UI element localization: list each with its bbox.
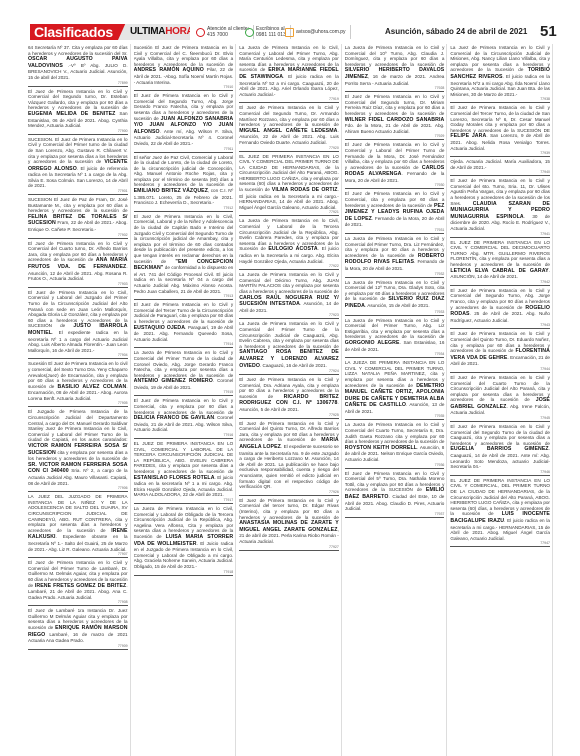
notice-code: 77908 [28, 600, 128, 604]
notice-code: 77910 [134, 85, 234, 89]
page-number: 51 [540, 23, 557, 40]
legal-notice: Ojeda. Actuaria Judicial. María Auxiliad… [450, 158, 550, 176]
notices-columns: 64 Secretaría Nº 37. Cita y emplaza por … [28, 44, 553, 756]
notice-code: 77907 [28, 552, 128, 556]
legal-notice: La Jueza de Primera Instancia en lo Civi… [239, 271, 339, 319]
notice-text: El Juez de Primera Instancia en lo Civil… [28, 89, 128, 111]
legal-notice: El Juez de Primera Instancia en lo Civil… [239, 420, 339, 496]
legal-notice: El Juez de Primera Instancia en lo Civil… [28, 88, 128, 135]
deceased-name: ANASTASIA MOLINAS DE ZARATE Y MIGUEL ANG… [239, 520, 339, 533]
notice-code: 77924 [239, 369, 339, 373]
notice-code: 77909 [28, 644, 128, 648]
notice-code: 77900 [28, 129, 128, 133]
notice-text: 64 Secretaría Nº 37. Cita y emplaza por … [28, 45, 128, 56]
legal-notice: 64 Secretaría Nº 37. Cita y emplaza por … [28, 44, 128, 87]
notice-code: 77915 [134, 390, 234, 394]
legal-notice: El Juzgado de Primera Instancia de la Ci… [28, 408, 128, 492]
deceased-name: ANDRES RAMÓN AQUINO [134, 67, 204, 73]
legal-notice: El Juez de Primera Instancia en lo Civil… [450, 374, 550, 422]
notice-code: 77936 [345, 463, 445, 467]
notice-code: 77925 [239, 413, 339, 417]
legal-notice: El Juez de Primera Instancia en lo Civil… [345, 93, 445, 140]
legal-notice: Sucesión El Juez de Primera Instancia en… [28, 360, 128, 407]
legal-notice: El Juez de Primera Instancia en lo Civil… [450, 287, 550, 330]
deceased-name: IRENE FRETES GOMEZ DE BRITEZ [35, 583, 127, 589]
legal-notice: El Juez de Primera Instancia en lo Civil… [450, 423, 550, 476]
notice-text: . Asunción, 15 de Abril de 2021. [365, 303, 430, 308]
notice-code: 77931 [345, 228, 445, 232]
notice-column-2: Sucesión El Juez de Primera Instancia en… [134, 44, 237, 756]
notice-text: La Jueza de Primera Instancia en lo Civi… [239, 321, 339, 348]
notice-text: El Juez de Primera Instancia en lo Civil… [345, 191, 445, 207]
deceased-name: BASILIO ALVEZ COLMAN [58, 384, 127, 390]
contact-phone-number: 415 7000 [207, 32, 228, 38]
notice-text: La Jueza de Primera Instancia en lo Civi… [134, 350, 234, 377]
notice-text: EL JUEZ DE PRIMERA INSTANCIA EN LO CIVIL… [134, 441, 234, 474]
notice-code: 77904 [28, 353, 128, 357]
legal-notice: La Jueza de Primera Instancia en lo Civi… [345, 317, 445, 359]
legal-notice: La Jueza de Primera Instancia en lo Civi… [345, 421, 445, 468]
legal-notice: La Jueza de Primera Instancia en lo Civi… [239, 44, 339, 103]
notice-text: Fdo. de la Mora, 21 de Abril de 2021. Ab… [345, 123, 445, 134]
deceased-name: ESTANISLAO FLORES ROTELA [134, 475, 215, 481]
notice-code: 77916 [134, 433, 234, 437]
logo-ultima: ULTIMA [130, 26, 165, 37]
legal-notice: El Juez de Primera Instancia en lo Civil… [134, 301, 234, 348]
logo-hora: HORA [165, 26, 193, 37]
dateline: Asunción, sábado 24 de abril de 2021 [385, 27, 527, 36]
notice-code: 77942 [450, 280, 550, 284]
legal-notice: El Juez de Primera Instancia en lo Civil… [28, 559, 128, 606]
notice-code: 77933 [345, 310, 445, 314]
notice-text: La Jueza de Primera Instancia en lo Civi… [239, 272, 339, 294]
notice-text: El Juez de Primera Instancia en lo Civil… [134, 302, 234, 324]
notice-text: El Juez de Primera Instancia en lo Civil… [345, 94, 445, 116]
newspaper-logo: ULTIMAHORA [118, 24, 190, 40]
notice-code: 77941 [450, 232, 550, 236]
notice-code: 77927 [239, 545, 339, 549]
deceased-name: EUGELIA BARRIOS GIMENEZ [450, 446, 548, 452]
legal-notice: EL JUEZ DE PRIMERA INSTANCIA EN LO CIVIL… [450, 477, 550, 548]
notice-text: . Caaguazú, 16 de Abril de 2021. [260, 363, 327, 368]
notice-text: El Juzgado de Primera Instancia de la Ci… [28, 409, 128, 442]
legal-notice: EL JUEZ DE PRIMERA INSTANCIA EN LO CIVIL… [239, 153, 339, 217]
deceased-name: DELICIA FRANCO DE GAVILAN [134, 415, 215, 421]
legal-notice: El Juez de Primera Instancia en lo Civil… [450, 330, 550, 373]
notice-code: 77922 [239, 264, 339, 268]
whatsapp-icon [245, 28, 254, 37]
notice-code: 77944 [450, 367, 550, 371]
notice-text: El Juez de Primera Instancia en lo Civil… [450, 105, 550, 132]
notice-code: 77920 [239, 146, 339, 150]
legal-notice: La Jueza de Primera Instancia en lo Civi… [134, 349, 234, 396]
notice-code: 77928 [345, 86, 445, 90]
deceased-name: EULOGIO ACOSTA [268, 246, 317, 252]
legal-notice: EL JUEZ DE PRIMERA INSTANCIA EN LO CIVIL… [134, 440, 234, 504]
deceased-name: EUSTAQUIO OJEDA [134, 325, 186, 331]
legal-notice: La Jueza de Primera Instancia en lo Civi… [239, 217, 339, 270]
legal-notice: El Juez de Lambaré 1ra Instancia Dr. Jue… [28, 607, 128, 650]
notice-code: 77947 [450, 541, 550, 545]
contact-email: avisos@uhora.com.py [285, 25, 351, 39]
legal-notice: El Juez de Primera Instancia en lo Civil… [450, 177, 550, 237]
notice-column-5: La Juez de Primera Instancia en lo Civil… [450, 44, 553, 756]
envelope-icon [285, 28, 294, 37]
legal-notice: El Juez de Primera Instancia en lo Civil… [28, 289, 128, 360]
notice-code: 77930 [345, 183, 445, 187]
notice-text: La Jueza de Primera Instancia en lo Civi… [345, 45, 445, 67]
notice-code: 77945 [450, 416, 550, 420]
deceased-name: MIGUEL ANGEL CAÑETE LEDESMA [239, 128, 337, 134]
notice-code: 77899 [28, 81, 128, 85]
notice-text: EL JUEZ DE PRIMERA INSTANCIA EN LO CIVIL… [450, 240, 550, 267]
phone-icon [196, 28, 205, 37]
notice-text: El señor Juez de Paz Civil, Comercial y … [134, 155, 234, 188]
notice-text: La Jueza de Primera Instancia en lo Civi… [345, 422, 445, 444]
legal-notice: SUCESION El Juez de Paz de Fram, Dr. Jos… [28, 196, 128, 239]
legal-notice: Sucesión El Juez de Primera Instancia en… [134, 44, 234, 91]
notice-text: El Juez de Primera Instancia en lo Civil… [134, 214, 234, 264]
deceased-name: ROYSTON KEITH DORRELL [345, 445, 417, 451]
legal-notice: La Jueza de Primera Instancia en lo Civi… [239, 320, 339, 375]
notice-code: 77946 [450, 470, 550, 474]
notice-code: 77914 [134, 342, 234, 346]
notice-code: 77901 [28, 189, 128, 193]
notice-text: El Juez de Primera Instancia en lo Civil… [450, 424, 550, 446]
legal-notice: El Juez de Primera Instancia en lo Civil… [239, 376, 339, 419]
notice-text: Sucesión El Juez de Primera Instancia en… [134, 45, 234, 67]
legal-notice: El Juez de Primera Instancia en lo Civil… [450, 104, 550, 157]
legal-notice: SUCESION. El Juez de Primera Instancia e… [28, 136, 128, 195]
notice-code: 77943 [450, 323, 550, 327]
legal-notice: El señor Juez de Paz Civil, Comercial y … [134, 154, 234, 212]
notice-column-1: 64 Secretaría Nº 37. Cita y emplaza por … [28, 44, 131, 756]
deceased-name: WILNER FIDEL CARDOZO SANABRIA [345, 117, 445, 123]
notice-code: 77940 [450, 170, 550, 174]
legal-notice: La Jueza de Primera Instancia en lo Civi… [345, 279, 445, 316]
deceased-name: FELIPE JARA [450, 133, 486, 139]
section-title: Clasificados [30, 24, 130, 40]
notice-code: 77913 [134, 294, 234, 298]
notice-code: 77918 [134, 570, 234, 574]
notice-text: SUCESION El Juez de Paz de Fram, Dr. Jos… [28, 197, 128, 213]
notice-code: 77932 [345, 272, 445, 276]
legal-notice: El Juez de Primera Instancia en lo Civil… [28, 240, 128, 288]
notice-code: 77911 [134, 147, 234, 151]
notice-text: Ojeda. Actuaria Judicial. María Auxiliad… [450, 159, 550, 170]
legal-notice: LA JUEZA DE PRIMERA INSTANCIA EN LO CIVI… [345, 359, 445, 420]
deceased-name: EUGENIA MELIDA DE BENITEZ [28, 111, 115, 117]
notice-code: 77905 [28, 401, 128, 405]
deceased-name: EMILIANO BRITEZ VÁZQUEZ [134, 188, 208, 194]
notice-code: 77937 [345, 512, 445, 516]
contact-whatsapp-number: 0981 111 013 [256, 32, 286, 38]
legal-notice: El Juez de Primera Instancia en lo Civil… [239, 497, 339, 551]
legal-notice: El Juez de Primera Instancia en lo Civil… [134, 397, 234, 439]
notice-code: 77938 [450, 97, 550, 101]
deceased-name: VILMA RODAS DE ORTIZ [272, 187, 338, 193]
notice-text: El Juez de Primera Instancia en lo Civil… [239, 105, 339, 127]
notice-code: 77921 [239, 210, 339, 214]
legal-notice: La Jueza de Primera Instancia en lo Civi… [345, 44, 445, 92]
legal-notice: La Juez de Primera Instancia en lo Civil… [450, 44, 550, 103]
legal-notice: La Jueza de Primera Instancia en lo Civi… [134, 505, 234, 576]
notice-code: 77929 [345, 134, 445, 138]
deceased-name: ANTEMIO GIMENEZ ROMERO [134, 378, 213, 384]
legal-notice: El Juez de Primera Instancia en lo Civil… [134, 213, 234, 300]
notice-code: 77926 [239, 490, 339, 494]
notice-code: 77923 [239, 313, 339, 317]
notice-text: . El expediente sucesorio se tramita ant… [239, 444, 339, 489]
deceased-name: LETICIA ELVA CABRAL DE GARAY [450, 268, 548, 274]
contact-email-address: avisos@uhora.com.py [296, 29, 346, 35]
legal-notice: LA JUEZ DEL JUZGADO DE PRIMERA INSTANCIA… [28, 493, 128, 558]
contact-whatsapp: Escríbinos al0981 111 013 [245, 25, 291, 39]
legal-notice: El Juez de Primera Instancia en lo Civil… [345, 190, 445, 234]
notice-code: 77906 [28, 486, 128, 490]
notice-code: 77939 [450, 151, 550, 155]
legal-notice: El Juez de Primera Instancia en lo Civil… [239, 104, 339, 151]
notice-code: 77919 [239, 97, 339, 101]
notice-text: El Juez de Primera Instancia en lo Civil… [239, 498, 339, 520]
notice-code: 77935 [345, 414, 445, 418]
notice-code: 77912 [134, 206, 234, 210]
legal-notice: El Juez de Primera Instancia en lo Civil… [134, 92, 234, 152]
legal-notice: EL JUEZ DE PRIMERA INSTANCIA EN LO CIVIL… [450, 239, 550, 286]
legal-notice: La Jueza de Primera Instancia en lo Civi… [345, 235, 445, 278]
legal-notice: El Juez de Primera Instancia en lo Civil… [345, 141, 445, 189]
notice-code: 77934 [345, 352, 445, 356]
notice-column-3: La Jueza de Primera Instancia en lo Civi… [239, 44, 342, 756]
notice-code: 77917 [134, 498, 234, 502]
notice-code: 77902 [28, 233, 128, 237]
deceased-name: GORGONIO ALEGRE [345, 340, 400, 346]
notice-text: El Juez de Primera Instancia en lo Civil… [134, 398, 234, 414]
notice-code: 77903 [28, 282, 128, 286]
legal-notice: El Juez de Primera Instancia en lo Civil… [345, 470, 445, 518]
page-header: Clasificados ULTIMAHORA Atención al clie… [0, 24, 580, 40]
notice-text: La Jueza de Primera Instancia en lo Civi… [345, 318, 445, 340]
notice-column-4: La Jueza de Primera Instancia en lo Civi… [345, 44, 448, 756]
